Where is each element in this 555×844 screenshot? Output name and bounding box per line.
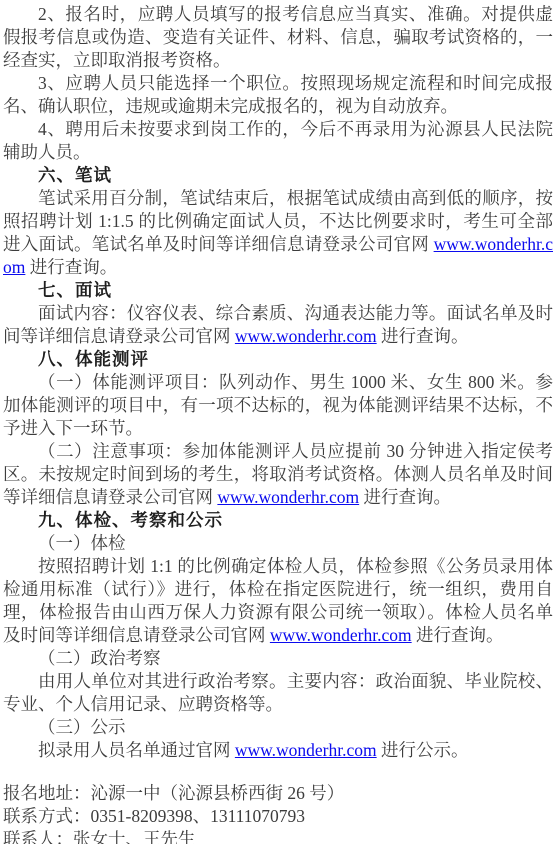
rule-item-2: 2、报名时，应聘人员填写的报考信息应当真实、准确。对提供虚假报考信息或伪造、变造… — [3, 3, 553, 72]
paragraph-text: 进行查询。 — [412, 625, 504, 645]
paragraph-text: 进行查询。 — [359, 487, 451, 507]
political-review-paragraph: 由用人单位对其进行政治考察。主要内容：政治面貌、毕业院校、专业、个人信用记录、应… — [3, 670, 553, 716]
interview-paragraph: 面试内容：仪容仪表、综合素质、沟通表达能力等。面试名单及时间等详细信息请登录公司… — [3, 302, 553, 348]
wonderhr-website-link[interactable]: www.wonderhr.com — [217, 487, 359, 507]
subheading-political-review: （二）政治考察 — [3, 647, 553, 670]
publicity-paragraph: 拟录用人员名单通过官网 www.wonderhr.com 进行公示。 — [3, 739, 553, 762]
section-heading-physical-fitness: 八、体能测评 — [3, 348, 553, 371]
contact-footer: 报名地址：沁源一中（沁源县桥西街 26 号） 联系方式：0351-8209398… — [3, 782, 553, 844]
fitness-items-paragraph: （一）体能测评项目：队列动作、男生 1000 米、女生 800 米。参加体能测评… — [3, 371, 553, 440]
section-heading-written-test: 六、笔试 — [3, 164, 553, 187]
subheading-publicity: （三）公示 — [3, 716, 553, 739]
wonderhr-website-link[interactable]: www.wonderhr.com — [270, 625, 412, 645]
wonderhr-website-link[interactable]: www.wonderhr.com — [235, 326, 377, 346]
section-heading-interview: 七、面试 — [3, 279, 553, 302]
registration-address: 报名地址：沁源一中（沁源县桥西街 26 号） — [3, 782, 553, 805]
subheading-medical-exam: （一）体检 — [3, 532, 553, 555]
contact-phone-numbers: 联系方式：0351-8209398、13111070793 — [3, 805, 553, 828]
written-test-paragraph: 笔试采用百分制，笔试结束后，根据笔试成绩由高到低的顺序，按照招聘计划 1:1.5… — [3, 187, 553, 279]
rule-item-3: 3、应聘人员只能选择一个职位。按照现场规定流程和时间完成报名、确认职位，违规或逾… — [3, 72, 553, 118]
rule-item-4: 4、聘用后未按要求到岗工作的，今后不再录用为沁源县人民法院辅助人员。 — [3, 118, 553, 164]
wonderhr-website-link[interactable]: www.wonderhr.com — [235, 740, 377, 760]
section-heading-medical-review-publicity: 九、体检、考察和公示 — [3, 509, 553, 532]
contact-persons: 联系人：张女士、王先生 — [3, 828, 553, 844]
paragraph-text: 进行公示。 — [377, 740, 469, 760]
paragraph-text: 进行查询。 — [377, 326, 469, 346]
fitness-notes-paragraph: （二）注意事项：参加体能测评人员应提前 30 分钟进入指定侯考区。未按规定时间到… — [3, 440, 553, 509]
medical-exam-paragraph: 按照招聘计划 1:1 的比例确定体检人员，体检参照《公务员录用体检通用标准（试行… — [3, 555, 553, 647]
paragraph-text: 进行查询。 — [25, 257, 117, 277]
paragraph-text: 拟录用人员名单通过官网 — [38, 740, 235, 760]
announcement-document-page: 2、报名时，应聘人员填写的报考信息应当真实、准确。对提供虚假报考信息或伪造、变造… — [0, 0, 555, 844]
